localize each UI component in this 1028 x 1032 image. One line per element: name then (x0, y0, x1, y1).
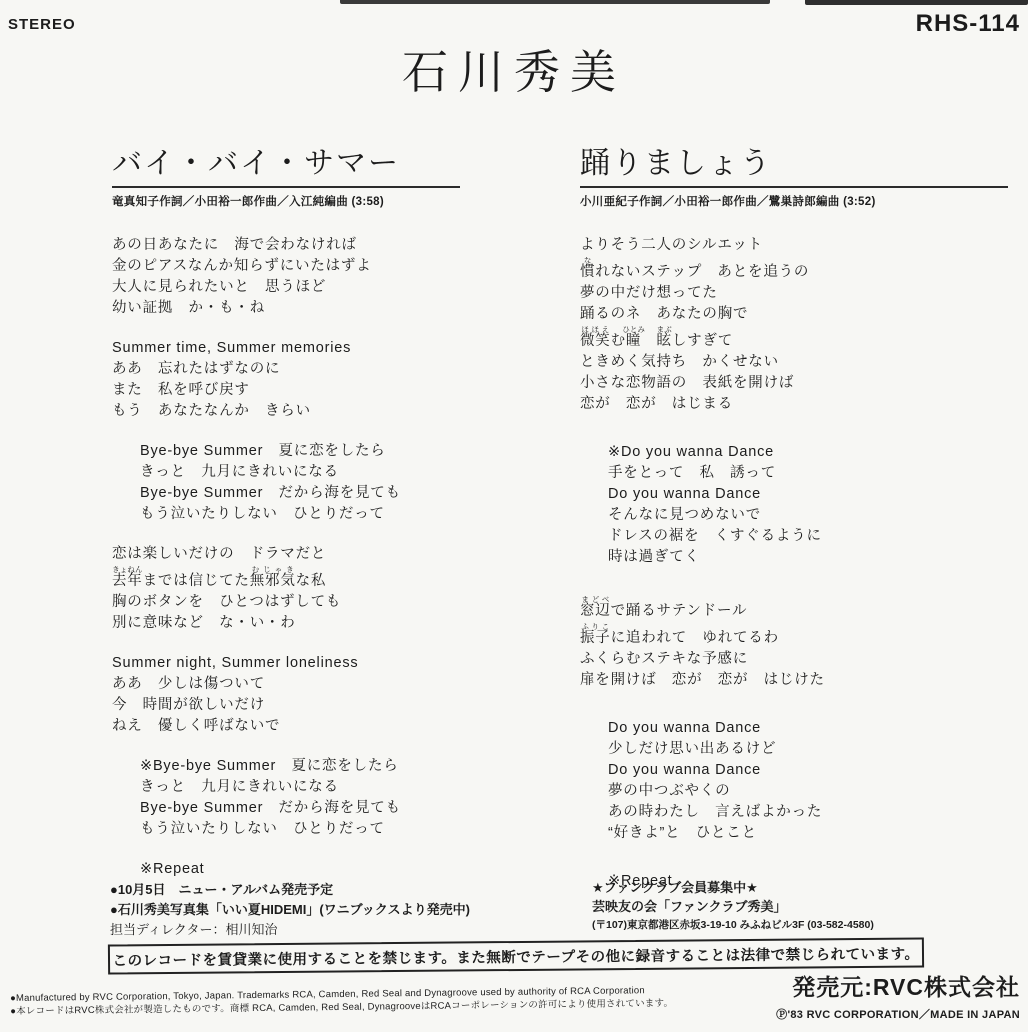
lyric-line: ときめく気持ち かくせない (580, 352, 1008, 373)
lyric-line: 金のピアスなんか知らずにいたはずよ (112, 256, 460, 277)
lyric-block: ※Bye-bye Summer 夏に恋をしたらきっと 九月にきれいになるBye-… (112, 756, 460, 840)
lyric-line: Summer time, Summer memories (112, 338, 460, 359)
lyric-line: Do you wanna Dance (608, 760, 1008, 781)
lyric-line: 扉を開けば 恋が 恋が はじけた (580, 670, 1008, 691)
song-credits: 小川亜紀子作詞／小田裕一郎作曲／鷺巣詩郎編曲 (3:52) (580, 193, 1008, 209)
lyric-line: 振子ふりこに追われて ゆれてるわ (580, 622, 1008, 649)
lyric-line: Bye-bye Summer だから海を見ても (140, 798, 460, 819)
artist-title: 石川秀美 (0, 36, 1028, 102)
note-line: ●10月5日 ニュー・アルバム発売予定 (110, 880, 470, 900)
lyric-line: ねえ 優しく呼ばないで (112, 716, 460, 737)
lyric-line: Bye-bye Summer だから海を見ても (140, 483, 460, 504)
lyric-line: 窓辺まどべで踊るサテンドール (580, 595, 1008, 622)
song-title: バイ・バイ・サマー (112, 138, 460, 188)
lyric-line: 少しだけ思い出あるけど (608, 739, 1008, 760)
song-credits: 竜真知子作詞／小田裕一郎作曲／入江純編曲 (3:58) (112, 193, 460, 209)
song-title: 踊りましょう (580, 138, 1008, 188)
lyric-line: また 私を呼び戻す (112, 380, 460, 401)
lyric-line: ※Repeat (140, 859, 460, 880)
lyric-line: 恋は楽しいだけの ドラマだと (112, 544, 460, 565)
song-column-right: 踊りましょう 小川亜紀子作詞／小田裕一郎作曲／鷺巣詩郎編曲 (3:52) よりそ… (580, 138, 1008, 919)
lyric-line: きっと 九月にきれいになる (140, 777, 460, 798)
lyric-line: 夢の中だけ想ってた (580, 283, 1008, 304)
note-line: 担当ディレクター：相川知治 (110, 920, 470, 940)
lyric-block: 恋は楽しいだけの ドラマだと去年きょねんまでは信じてた無邪気むじゃきな私胸のボタ… (112, 544, 460, 634)
lyric-block: よりそう二人のシルエット慣なれないステップ あとを追うの夢の中だけ想ってた踊るの… (580, 235, 1008, 415)
lyric-line: ああ 少しは傷ついて (112, 674, 460, 695)
lyrics: あの日あなたに 海で会わなければ金のピアスなんか知らずにいたはずよ大人に見られた… (112, 235, 460, 880)
lyric-block: Do you wanna Dance少しだけ思い出あるけどDo you wann… (580, 718, 1008, 844)
catalog-number: RHS-114 (916, 10, 1020, 38)
lyric-block: あの日あなたに 海で会わなければ金のピアスなんか知らずにいたはずよ大人に見られた… (112, 235, 460, 319)
fanclub-notes: ★ファンクラブ会員募集中★芸映友の会「ファンクラブ秀美」(〒107)東京都港区赤… (592, 878, 874, 935)
lyric-line: 踊るのネ あなたの胸で (580, 304, 1008, 325)
lyric-line: 時は過ぎてく (608, 547, 1008, 568)
fine-print: ●Manufactured by RVC Corporation, Tokyo,… (10, 982, 790, 1018)
lyric-line: Summer night, Summer loneliness (112, 653, 460, 674)
copyright-label: Ⓟ'83 RVC CORPORATION／MADE IN JAPAN (776, 1006, 1020, 1022)
rental-notice-text: このレコードを賃貸業に使用することを禁じます。また無断でテープその他に録音するこ… (112, 942, 919, 970)
lyric-block: Summer time, Summer memoriesああ 忘れたはずなのにま… (112, 338, 460, 422)
lyric-line: もう泣いたりしない ひとりだって (140, 504, 460, 525)
lyric-line: 胸のボタンを ひとつはずしても (112, 592, 460, 613)
lyric-block: Summer night, Summer lonelinessああ 少しは傷つい… (112, 653, 460, 737)
lyric-line: そんなに見つめないで (608, 505, 1008, 526)
lyrics: よりそう二人のシルエット慣なれないステップ あとを追うの夢の中だけ想ってた踊るの… (580, 235, 1008, 892)
lyric-line: あの日あなたに 海で会わなければ (112, 235, 460, 256)
lyric-line: 今 時間が欲しいだけ (112, 695, 460, 716)
lyric-line: ふくらむステキな予感に (580, 649, 1008, 670)
lyric-line: ああ 忘れたはずなのに (112, 359, 460, 380)
note-line: ★ファンクラブ会員募集中★ (592, 878, 874, 897)
song-column-left: バイ・バイ・サマー 竜真知子作詞／小田裕一郎作曲／入江純編曲 (3:58) あの… (112, 138, 460, 899)
publisher-label: 発売元:RVC株式会社 (792, 969, 1020, 1002)
stereo-label: STEREO (8, 16, 76, 33)
lyric-block: ※Repeat (112, 859, 460, 880)
lyric-line: 別に意味など な・い・わ (112, 613, 460, 634)
lyric-line: もう あなたなんか きらい (112, 401, 460, 422)
lyric-line: ※Do you wanna Dance (608, 442, 1008, 463)
scan-artifact (805, 0, 1028, 5)
lyric-line: 慣なれないステップ あとを追うの (580, 256, 1008, 283)
lyric-line: 大人に見られたいと 思うほど (112, 277, 460, 298)
lyric-line: Do you wanna Dance (608, 484, 1008, 505)
note-line: ●石川秀美写真集「いい夏HIDEMI」(ワニブックスより発売中) (110, 900, 470, 920)
lyric-line: 去年きょねんまでは信じてた無邪気むじゃきな私 (112, 565, 460, 592)
lyric-line: 小さな恋物語の 表紙を開けば (580, 373, 1008, 394)
lyric-line: もう泣いたりしない ひとりだって (140, 819, 460, 840)
lyric-line: ※Bye-bye Summer 夏に恋をしたら (140, 756, 460, 777)
lyric-line: よりそう二人のシルエット (580, 235, 1008, 256)
lyric-block: 窓辺まどべで踊るサテンドール振子ふりこに追われて ゆれてるわふくらむステキな予感… (580, 595, 1008, 691)
note-line: (〒107)東京都港区赤坂3-19-10 みふねビル3F (03-582-458… (592, 916, 874, 935)
lyric-line: 微笑ほほえむ瞳ひとみ 眩まぶしすぎて (580, 325, 1008, 352)
lyric-line: Do you wanna Dance (608, 718, 1008, 739)
lyric-line: 幼い証拠 か・も・ね (112, 298, 460, 319)
lyric-line: 恋が 恋が はじまる (580, 394, 1008, 415)
lyric-line: きっと 九月にきれいになる (140, 462, 460, 483)
lyric-line: あの時わたし 言えばよかった (608, 802, 1008, 823)
scan-artifact (340, 0, 770, 4)
record-sleeve-back: STEREO RHS-114 石川秀美 バイ・バイ・サマー 竜真知子作詞／小田裕… (0, 0, 1028, 1032)
lyric-line: 手をとって 私 誘って (608, 463, 1008, 484)
lyric-line: “好きよ”と ひとこと (608, 823, 1008, 844)
lyric-line: 夢の中つぶやくの (608, 781, 1008, 802)
note-line: 芸映友の会「ファンクラブ秀美」 (592, 897, 874, 916)
release-notes: ●10月5日 ニュー・アルバム発売予定●石川秀美写真集「いい夏HIDEMI」(ワ… (110, 880, 470, 940)
lyric-block: Bye-bye Summer 夏に恋をしたらきっと 九月にきれいになるBye-b… (112, 441, 460, 525)
lyric-line: ドレスの裾を くすぐるように (608, 526, 1008, 547)
lyric-line: Bye-bye Summer 夏に恋をしたら (140, 441, 460, 462)
lyric-block: ※Do you wanna Dance手をとって 私 誘ってDo you wan… (580, 442, 1008, 568)
